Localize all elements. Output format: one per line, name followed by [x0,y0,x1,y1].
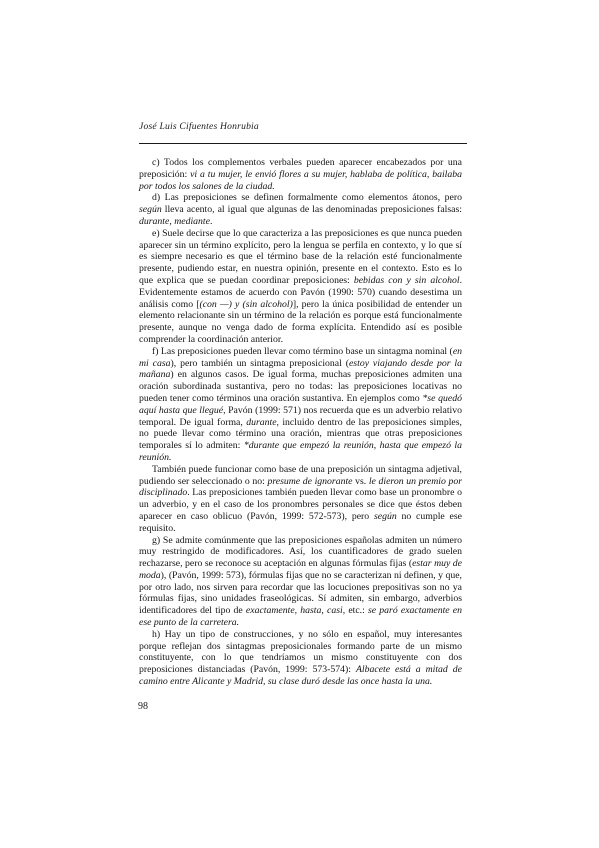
document-page: José Luis Cifuentes Honrubia c) Todos lo… [0,0,599,848]
paragraph-f: f) Las preposiciones pueden llevar como … [139,346,462,464]
page-number: 98 [138,701,148,712]
paragraph-h: h) Hay un tipo de construcciones, y no s… [139,629,462,688]
text-run: vs. [352,476,368,487]
text-run: f) Las preposiciones pueden llevar como … [152,346,453,357]
paragraph-d: d) Las preposiciones se definen formalme… [139,192,462,227]
italic-run: durante [246,417,276,428]
text-run: lleva acento, al igual que algunas de la… [162,204,462,215]
header-rule [139,143,467,144]
paragraph-tambien: También puede funcionar como base de una… [139,464,462,535]
text-run: ), pero también un sintagma preposiciona… [171,358,349,369]
text-run: , etc.: [343,605,368,616]
italic-run: bebidas con y sin alcohol [354,275,460,286]
paragraph-e: e) Suele decirse que lo que caracteriza … [139,228,462,346]
italic-run: durante, mediante [139,216,210,227]
paragraph-c: c) Todos los complementos verbales puede… [139,157,462,192]
italic-run: según [139,204,162,215]
text-run: ) en algunos casos. De igual forma, much… [139,369,462,404]
italic-run: exactamente, hasta, casi [246,605,343,616]
italic-run: presume de ignorante [267,476,352,487]
paragraph-g: g) Se admite comúnmente que las preposic… [139,535,462,629]
body-text: c) Todos los complementos verbales puede… [139,157,462,688]
running-header-author: José Luis Cifuentes Honrubia [139,121,467,132]
italic-run: (con —) y (sin alcohol) [199,299,292,310]
text-run: d) Las preposiciones se definen formalme… [152,192,462,203]
text-run: . [210,216,212,227]
italic-run: según [374,511,397,522]
